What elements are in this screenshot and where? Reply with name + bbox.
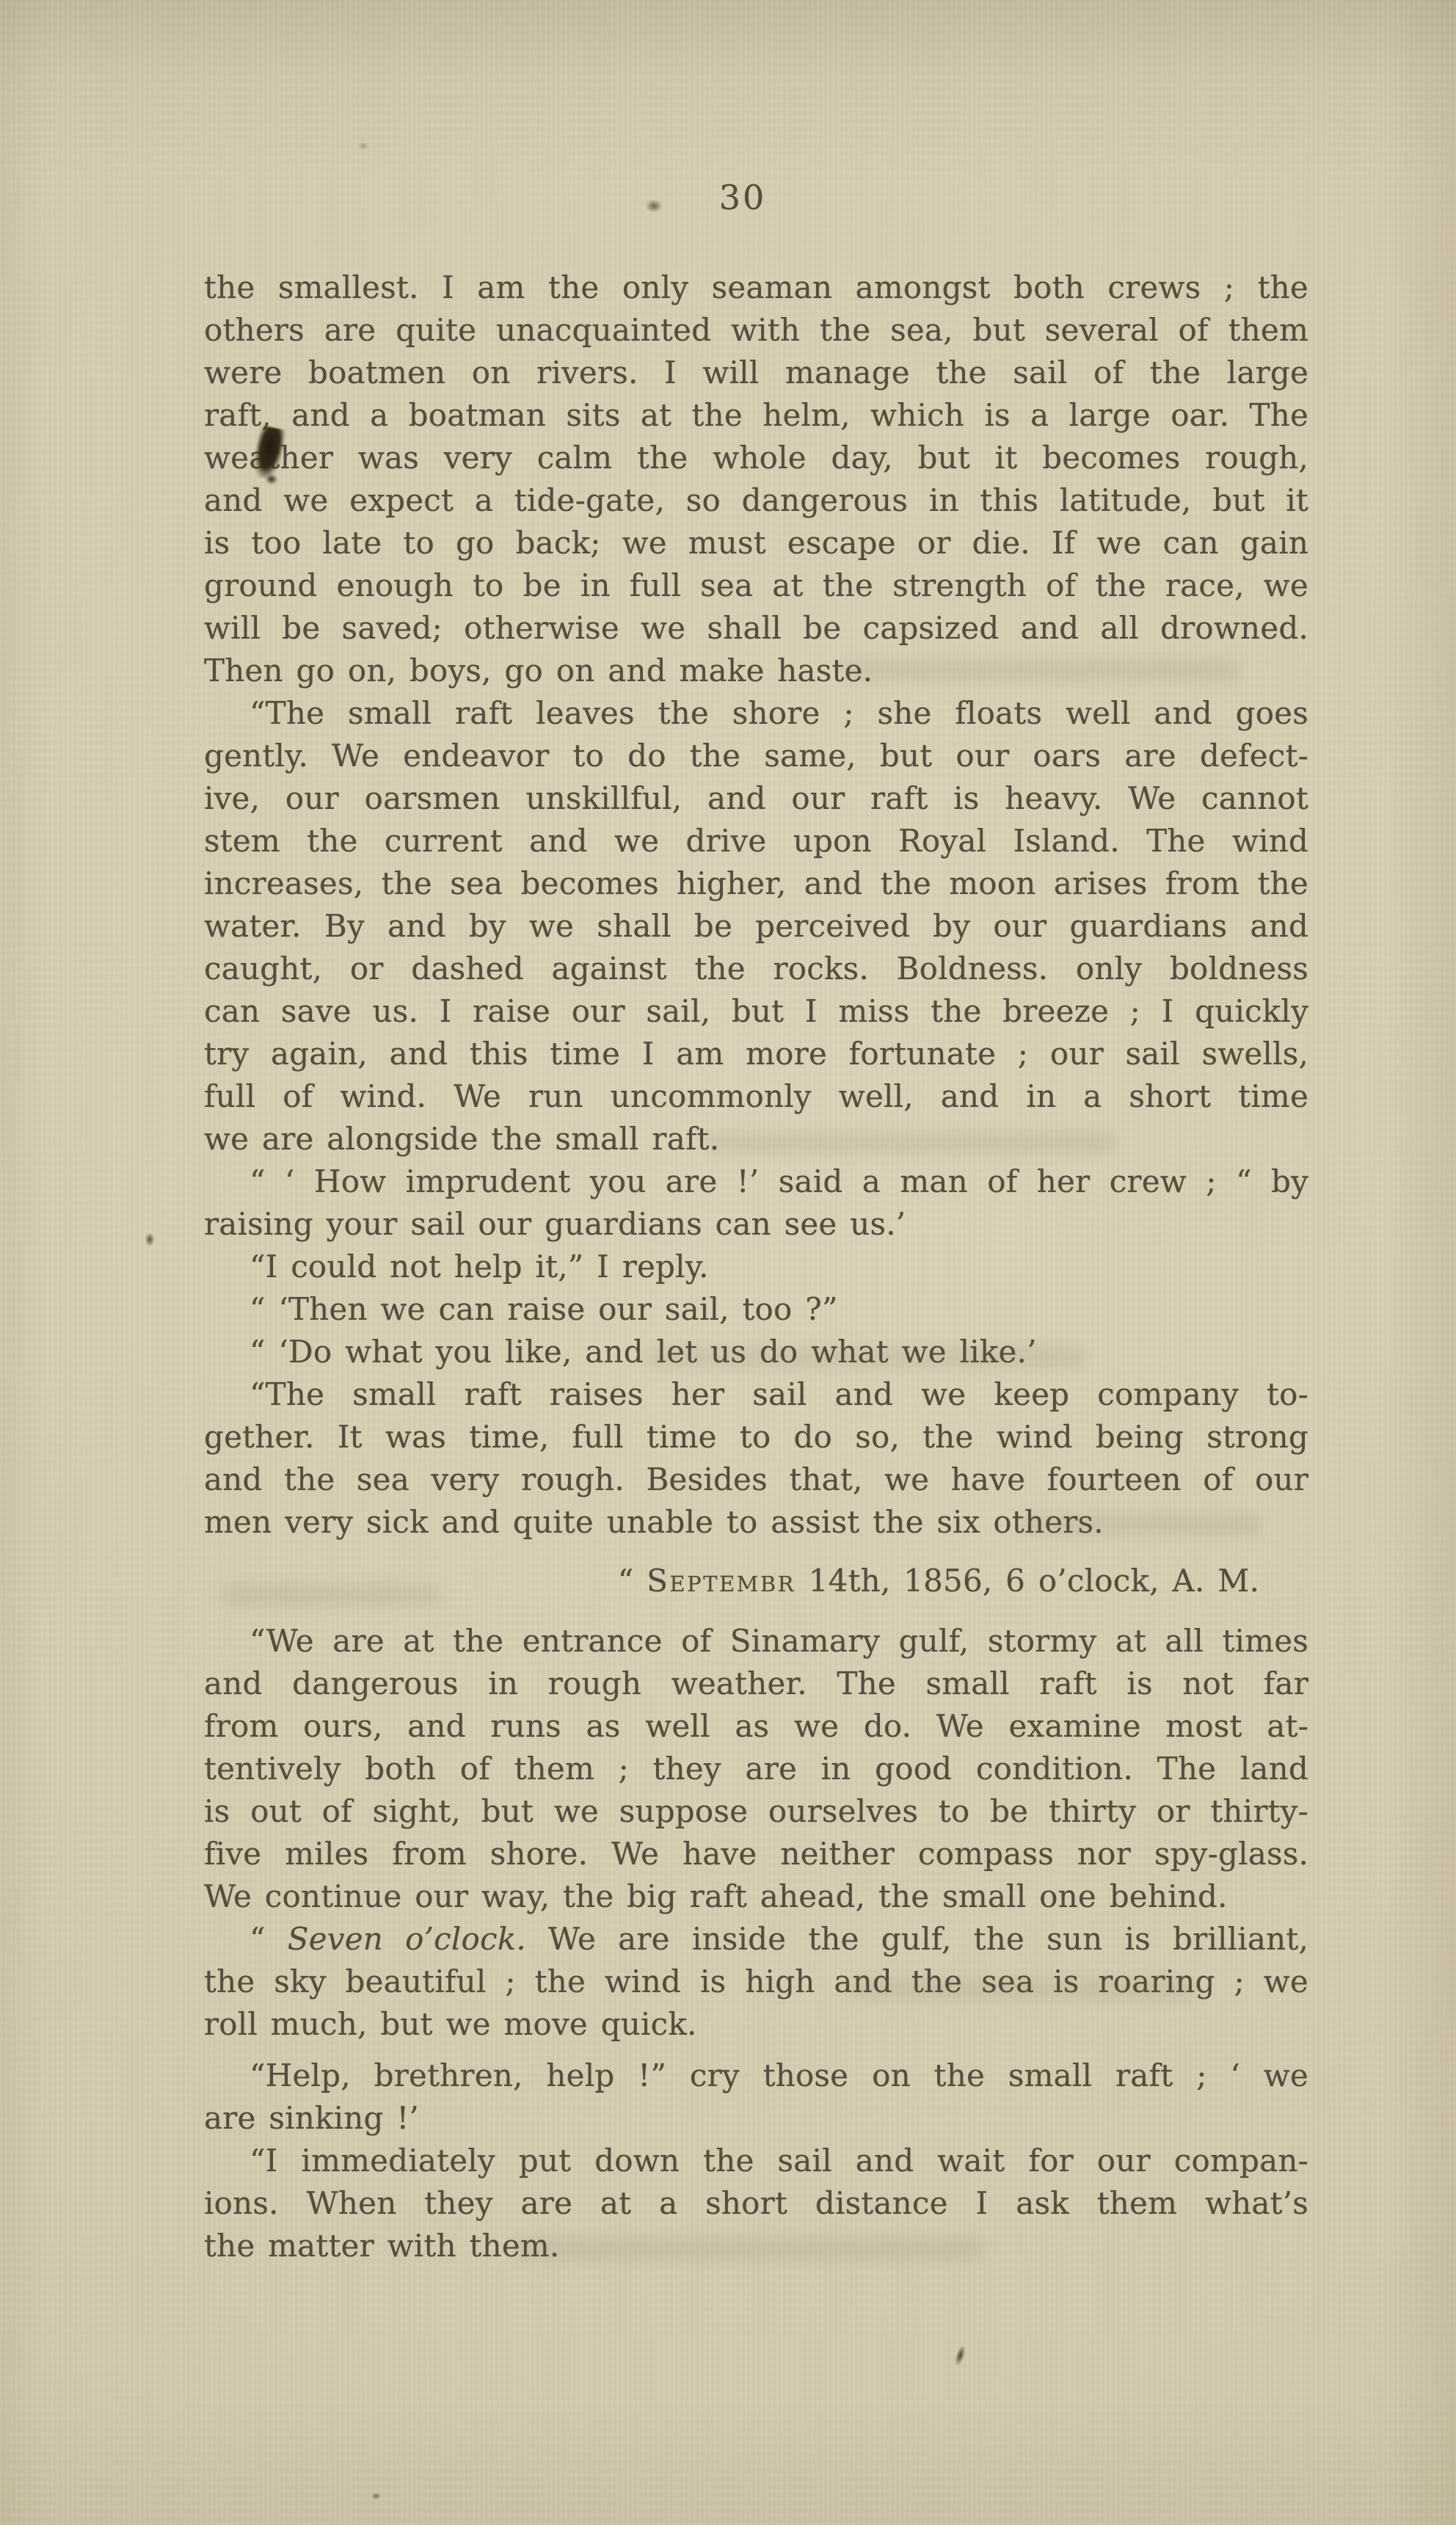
text-line: and we expect a tide-gate, so dangerous … <box>204 479 1308 522</box>
text-segment: “ <box>618 1563 647 1599</box>
text-segment: ions. When they are at a short distance … <box>204 2185 1308 2221</box>
show-through-smudge <box>220 1584 440 1606</box>
text-segment: “I could not help it,” I reply. <box>250 1249 709 1285</box>
text-segment: “Help, brethren, help !” cry those on th… <box>250 2057 1308 2093</box>
text-segment: will be saved; otherwise we shall be cap… <box>204 610 1308 646</box>
text-segment: gently. We endeavor to do the same, but … <box>204 738 1308 774</box>
paper-speck <box>953 2344 967 2366</box>
text-segment: and the sea very rough. Besides that, we… <box>204 1461 1308 1497</box>
paper-speck <box>371 2493 381 2499</box>
text-line: stem the current and we drive upon Royal… <box>204 820 1308 862</box>
text-line: increases, the sea becomes higher, and t… <box>204 862 1308 905</box>
text-segment: full of wind. We run uncommonly well, an… <box>204 1078 1308 1114</box>
text-line: ive, our oarsmen unskillful, and our raf… <box>204 777 1308 820</box>
text-line: “I immediately put down the sail and wai… <box>204 2140 1308 2182</box>
text-line: “I could not help it,” I reply. <box>204 1246 1308 1288</box>
text-segment: is too late to go back; we must escape o… <box>204 525 1308 561</box>
text-segment: can save us. I raise our sail, but I mis… <box>204 993 1308 1029</box>
text-line: ions. When they are at a short distance … <box>204 2182 1308 2225</box>
month-smallcaps-segment: Septembr <box>647 1563 796 1599</box>
paper-speck <box>646 200 662 212</box>
text-line: the smallest. I am the only seaman among… <box>204 266 1308 309</box>
text-line: others are quite unacquainted with the s… <box>204 309 1308 352</box>
text-line: raising your sail our guardians can see … <box>204 1203 1308 1246</box>
text-line: weather was very calm the whole day, but… <box>204 437 1308 479</box>
text-line: and the sea very rough. Besides that, we… <box>204 1458 1308 1501</box>
text-line: five miles from shore. We have neither c… <box>204 1833 1308 1875</box>
text-line: can save us. I raise our sail, but I mis… <box>204 990 1308 1033</box>
text-segment: we are alongside the small raft. <box>204 1121 719 1157</box>
text-line: is too late to go back; we must escape o… <box>204 522 1308 564</box>
text-segment: the matter with them. <box>204 2228 559 2264</box>
text-segment: roll much, but we move quick. <box>204 2006 697 2042</box>
text-line: “ ‘ How imprudent you are !’ said a man … <box>204 1160 1308 1203</box>
text-segment: tentively both of them ; they are in goo… <box>204 1751 1308 1787</box>
text-line: full of wind. We run uncommonly well, an… <box>204 1075 1308 1118</box>
text-line: gether. It was time, full time to do so,… <box>204 1416 1308 1458</box>
scanned-book-page: 30 the smallest. I am the only seaman am… <box>0 0 1456 2525</box>
text-line: caught, or dashed against the rocks. Bol… <box>204 948 1308 990</box>
text-segment: We continue our way, the big raft ahead,… <box>204 1878 1228 1914</box>
show-through-smudge <box>1020 1514 1262 1536</box>
text-segment: “We are at the entrance of Sinamary gulf… <box>250 1623 1308 1659</box>
text-block: the smallest. I am the only seaman among… <box>204 266 1308 2267</box>
text-line: “The small raft raises her sail and we k… <box>204 1373 1308 1416</box>
italic-segment: Seven o’clock. <box>288 1921 526 1957</box>
text-segment: ground enough to be in full sea at the s… <box>204 567 1308 603</box>
text-segment: ive, our oarsmen unskillful, and our raf… <box>204 780 1308 816</box>
paper-speck <box>358 142 368 150</box>
show-through-smudge <box>844 659 1240 681</box>
text-line: from ours, and runs as well as we do. We… <box>204 1705 1308 1748</box>
text-line: were boatmen on rivers. I will manage th… <box>204 352 1308 394</box>
text-segment: “ <box>250 1921 288 1957</box>
show-through-smudge <box>514 2239 983 2261</box>
text-segment: is out of sight, but we suppose ourselve… <box>204 1793 1308 1829</box>
text-segment: men very sick and quite unable to assist… <box>204 1504 1104 1540</box>
text-segment: “The small raft leaves the shore ; she f… <box>250 695 1308 731</box>
text-line: and dangerous in rough weather. The smal… <box>204 1663 1308 1705</box>
text-line: water. By and by we shall be perceived b… <box>204 905 1308 948</box>
text-segment: increases, the sea becomes higher, and t… <box>204 865 1308 901</box>
text-segment: Then go on, boys, go on and make haste. <box>204 653 873 689</box>
text-segment: water. By and by we shall be perceived b… <box>204 908 1308 944</box>
text-segment: others are quite unacquainted with the s… <box>204 312 1308 348</box>
show-through-smudge <box>705 1132 1115 1154</box>
text-segment: from ours, and runs as well as we do. We… <box>204 1708 1308 1744</box>
text-segment: caught, or dashed against the rocks. Bol… <box>204 951 1308 987</box>
text-line: We continue our way, the big raft ahead,… <box>204 1875 1308 1918</box>
text-segment: five miles from shore. We have neither c… <box>204 1836 1308 1872</box>
text-line: roll much, but we move quick. <box>204 2003 1308 2046</box>
text-segment: “ ‘ How imprudent you are !’ said a man … <box>250 1163 1308 1199</box>
text-line: ground enough to be in full sea at the s… <box>204 564 1308 607</box>
text-segment: “I immediately put down the sail and wai… <box>250 2143 1308 2179</box>
page-number: 30 <box>204 178 1281 217</box>
text-segment: “ ‘Then we can raise our sail, too ?” <box>250 1291 838 1327</box>
text-segment: We are inside the gulf, the sun is brill… <box>526 1921 1308 1957</box>
text-segment: and we expect a tide-gate, so dangerous … <box>204 482 1308 518</box>
text-segment: the smallest. I am the only seaman among… <box>204 269 1308 305</box>
ink-blot-tail-mark <box>266 474 277 484</box>
text-segment: weather was very calm the whole day, but… <box>204 440 1308 476</box>
text-segment: gether. It was time, full time to do so,… <box>204 1419 1308 1455</box>
text-line: tentively both of them ; they are in goo… <box>204 1748 1308 1790</box>
text-segment: stem the current and we drive upon Royal… <box>204 823 1308 859</box>
text-segment: raft, and a boatman sits at the helm, wh… <box>204 397 1308 433</box>
paper-speck <box>145 1233 154 1246</box>
text-line: “The small raft leaves the shore ; she f… <box>204 692 1308 735</box>
text-line: raft, and a boatman sits at the helm, wh… <box>204 394 1308 437</box>
text-segment: 14th, 1856, 6 o’clock, A. M. <box>796 1563 1259 1599</box>
text-line: gently. We endeavor to do the same, but … <box>204 735 1308 777</box>
text-segment: and dangerous in rough weather. The smal… <box>204 1665 1308 1701</box>
show-through-smudge <box>851 1977 1196 1999</box>
text-line: “We are at the entrance of Sinamary gulf… <box>204 1620 1308 1663</box>
text-segment: are sinking !’ <box>204 2100 419 2136</box>
text-line: “Help, brethren, help !” cry those on th… <box>204 2054 1308 2097</box>
text-line: “ ‘Then we can raise our sail, too ?” <box>204 1288 1308 1331</box>
text-line: try again, and this time I am more fortu… <box>204 1033 1308 1075</box>
text-line: “ Seven o’clock. We are inside the gulf,… <box>204 1918 1308 1961</box>
text-segment: “The small raft raises her sail and we k… <box>250 1376 1308 1412</box>
text-line: will be saved; otherwise we shall be cap… <box>204 607 1308 650</box>
show-through-smudge <box>646 1346 1086 1368</box>
text-line: is out of sight, but we suppose ourselve… <box>204 1790 1308 1833</box>
text-segment: try again, and this time I am more fortu… <box>204 1036 1308 1072</box>
text-segment: were boatmen on rivers. I will manage th… <box>204 355 1308 390</box>
text-segment: raising your sail our guardians can see … <box>204 1206 906 1242</box>
text-line: are sinking !’ <box>204 2097 1308 2140</box>
